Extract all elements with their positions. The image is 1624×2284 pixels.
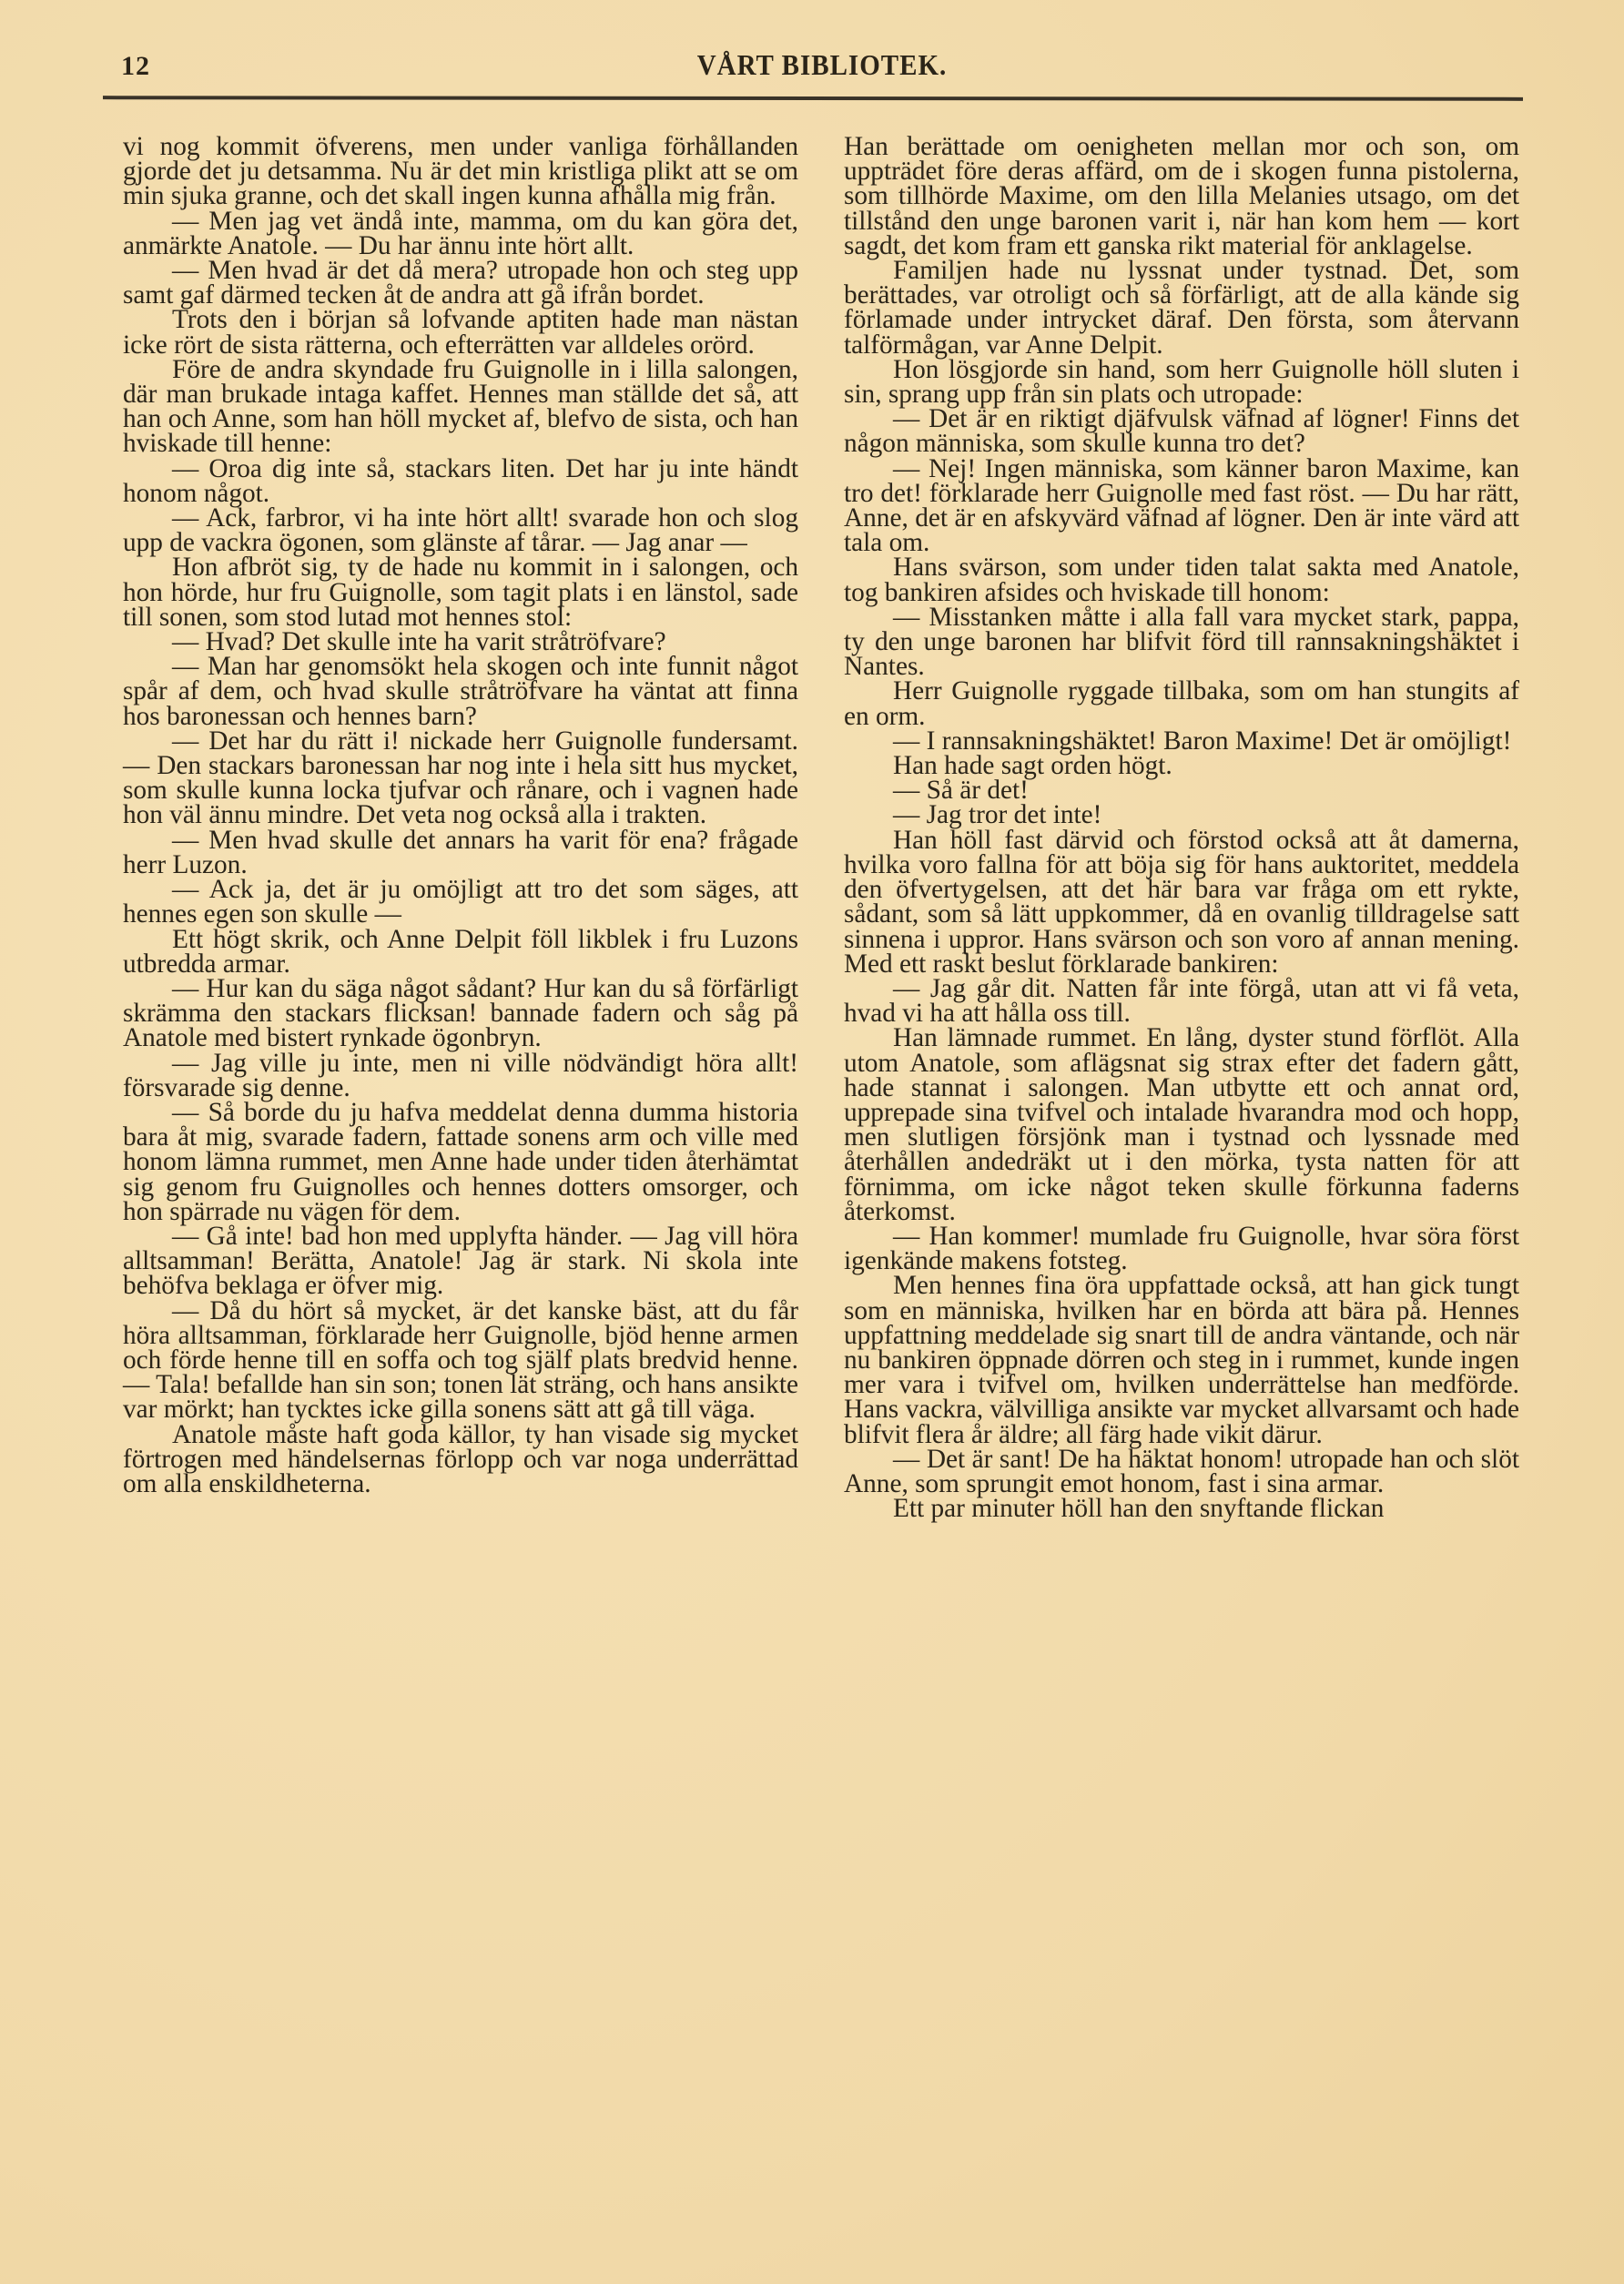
paragraph: — Men hvad är det då mera? utropade hon … xyxy=(123,259,798,308)
paragraph: — Gå inte! bad hon med upplyfta händer. … xyxy=(123,1224,798,1299)
paragraph: — Så är det! xyxy=(844,778,1519,803)
paragraph: Anatole måste haft goda källor, ty han v… xyxy=(123,1423,798,1497)
paragraph: Hans svärson, som under tiden talat sakt… xyxy=(844,555,1519,604)
paragraph: Herr Guignolle ryggade tillbaka, som om … xyxy=(844,679,1519,728)
paragraph: Han höll fast därvid och förstod också a… xyxy=(844,828,1519,977)
paragraph: — Jag tror det inte! xyxy=(844,803,1519,827)
paragraph: — Nej! Ingen människa, som känner baron … xyxy=(844,457,1519,556)
paragraph: — Man har genomsökt hela skogen och inte… xyxy=(123,655,798,729)
running-title: VÅRT BIBLIOTEK. xyxy=(121,49,1523,82)
paragraph: — Men hvad skulle det annars ha varit fö… xyxy=(123,828,798,878)
paragraph: — Det är en riktigt djäfvulsk väfnad af … xyxy=(844,407,1519,456)
paragraph: — Jag går dit. Natten får inte förgå, ut… xyxy=(844,977,1519,1026)
right-column: Han berättade om oenigheten mellan mor o… xyxy=(844,135,1519,1521)
paragraph: Han hade sagt orden högt. xyxy=(844,754,1519,778)
paragraph: — Det har du rätt i! nickade herr Guigno… xyxy=(123,729,798,828)
paragraph: — Ack, farbror, vi ha inte hört allt! sv… xyxy=(123,506,798,555)
paragraph: — I rannsakningshäktet! Baron Maxime! De… xyxy=(844,729,1519,754)
header-rule xyxy=(103,96,1523,101)
paragraph: — Men jag vet ändå inte, mamma, om du ka… xyxy=(123,209,798,259)
paragraph: — Misstanken måtte i alla fall vara myck… xyxy=(844,605,1519,680)
paragraph: Men hennes fina öra uppfattade också, at… xyxy=(844,1274,1519,1447)
paragraph: — Det är sant! De ha häktat honom! utrop… xyxy=(844,1447,1519,1497)
paragraph: vi nog kommit öfverens, men under vanlig… xyxy=(123,135,798,209)
paragraph: — Han kommer! mumlade fru Guignolle, hva… xyxy=(844,1224,1519,1274)
paragraph: — Hur kan du säga något sådant? Hur kan … xyxy=(123,977,798,1051)
paragraph: Trots den i början så lofvande aptiten h… xyxy=(123,308,798,357)
paragraph: — Hvad? Det skulle inte ha varit stråtrö… xyxy=(123,630,798,655)
left-column: vi nog kommit öfverens, men under vanlig… xyxy=(123,135,798,1497)
paragraph: — Då du hört så mycket, är det kanske bä… xyxy=(123,1299,798,1423)
paragraph: Före de andra skyndade fru Guignolle in … xyxy=(123,358,798,457)
paragraph: Familjen hade nu lyssnat under tystnad. … xyxy=(844,259,1519,358)
page-header: 12 VÅRT BIBLIOTEK. xyxy=(121,47,1523,93)
paragraph: — Oroa dig inte så, stackars liten. Det … xyxy=(123,457,798,506)
paragraph: — Så borde du ju hafva meddelat denna du… xyxy=(123,1101,798,1224)
paragraph: Ett par minuter höll han den snyftande f… xyxy=(844,1497,1519,1521)
paragraph: — Jag ville ju inte, men ni ville nödvän… xyxy=(123,1051,798,1101)
paragraph: Ett högt skrik, och Anne Delpit föll lik… xyxy=(123,928,798,977)
paragraph: — Ack ja, det är ju omöjligt att tro det… xyxy=(123,878,798,927)
paragraph: Hon lösgjorde sin hand, som herr Guignol… xyxy=(844,358,1519,407)
paragraph: Han berättade om oenigheten mellan mor o… xyxy=(844,135,1519,259)
paragraph: Hon afbröt sig, ty de hade nu kommit in … xyxy=(123,555,798,630)
paragraph: Han lämnade rummet. En lång, dyster stun… xyxy=(844,1026,1519,1224)
